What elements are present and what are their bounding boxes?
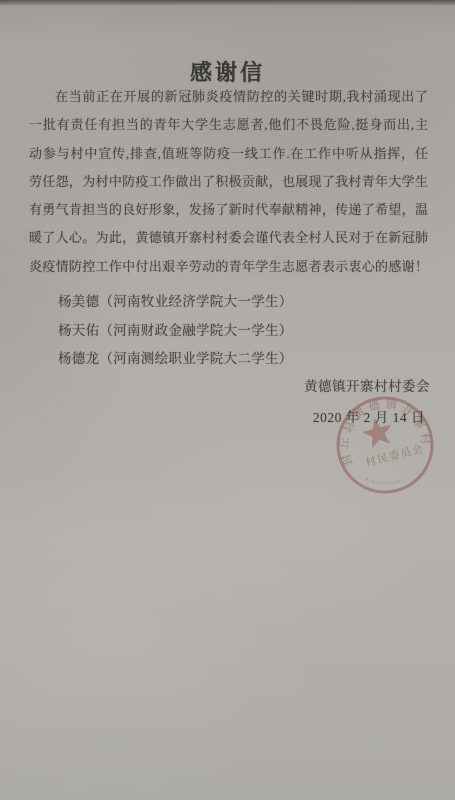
volunteer-item: 杨美德（河南牧业经济学院大一学生） bbox=[58, 288, 428, 317]
body-line: 炎疫情防控工作中付出艰辛劳动的青年学生志愿者表示衷心的感谢！ bbox=[29, 253, 428, 281]
body-line: 有勇气肯担当的良好形象，发扬了新时代奉献精神，传递了希望，温 bbox=[29, 196, 428, 224]
volunteer-item: 杨德龙（河南测绘职业学院大二学生） bbox=[58, 345, 428, 374]
body-line: 动参与村中宣传,排查,值班等防疫一线工作.在工作中听从指挥，任 bbox=[29, 140, 428, 168]
volunteer-item: 杨天佑（河南财政金融学院大一学生） bbox=[58, 317, 428, 346]
body-line: 暖了人心。为此，黄德镇开寨村村委会谨代表全村人民对于在新冠肺 bbox=[29, 224, 428, 252]
signature-committee: 黄德镇开寨村村委会 bbox=[304, 373, 430, 401]
letter-date: 2020 年 2 月 14 日 bbox=[313, 404, 425, 432]
body-line: 在当前正在开展的新冠肺炎疫情防控的关键时期,我村涌现出了 bbox=[29, 83, 428, 111]
letter-photo: 感谢信 在当前正在开展的新冠肺炎疫情防控的关键时期,我村涌现出了 一批有责任有担… bbox=[0, 0, 455, 800]
body-line: 劳任怨，为村中防疫工作做出了积极贡献，也展现了我村青年大学生 bbox=[29, 168, 428, 196]
seal-bottom-text: 村民委员会 bbox=[364, 442, 425, 469]
body-line: 一批有责任有担当的青年大学生志愿者,他们不畏危险,挺身而出,主 bbox=[29, 111, 428, 139]
letter-body: 在当前正在开展的新冠肺炎疫情防控的关键时期,我村涌现出了 一批有责任有担当的青年… bbox=[29, 83, 428, 281]
volunteer-list: 杨美德（河南牧业经济学院大一学生） 杨天佑（河南财政金融学院大一学生） 杨德龙（… bbox=[58, 288, 428, 374]
seal-code: 41072719101 bbox=[364, 468, 406, 492]
